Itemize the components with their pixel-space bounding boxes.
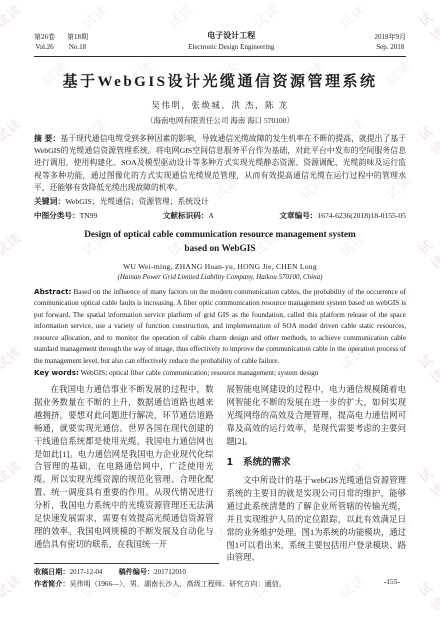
- paper-title-en-line1: Design of optical cable communication re…: [34, 228, 406, 242]
- issue-cn: 第18期: [67, 32, 88, 43]
- keywords-en-label: Key words:: [34, 368, 79, 377]
- journal-date: 2018年9月 Sep. 2018: [375, 32, 407, 53]
- left-paragraph: 在我国电力通信事业不断发展的过程中，数据业务数量在不断的上升，数据通信道路也越来…: [34, 384, 214, 551]
- keywords-en-text: WebGIS; optical fiber cable communicatio…: [81, 369, 319, 377]
- manuscript-label: 稿件编号：: [119, 567, 154, 576]
- document-code: 文献标识码：A: [163, 210, 214, 221]
- body-columns: 在我国电力通信事业不断发展的过程中，数据业务数量在不断的上升，数据通信道路也越来…: [34, 384, 406, 565]
- journal-name-cn: 电子设计工程: [188, 30, 274, 42]
- left-column: 在我国电力通信事业不断发展的过程中，数据业务数量在不断的上升，数据通信道路也越来…: [34, 384, 214, 565]
- journal-name: 电子设计工程 Electronic Design Engineering: [188, 30, 274, 53]
- header-rule: [34, 56, 406, 57]
- abstract-cn-label: 摘 要：: [34, 134, 60, 143]
- journal-header: 第26卷 Vol.26 第18期 No.18 电子设计工程 Electronic…: [34, 30, 406, 53]
- manuscript-number: 201712010: [154, 568, 186, 576]
- footnote-rule: [34, 563, 219, 564]
- article-id: 文章编号：1674-6236(2018)18-0155-05: [279, 210, 406, 221]
- volume-block: 第26卷 Vol.26: [34, 32, 55, 53]
- section-1-heading: 1系统的需求: [227, 456, 407, 471]
- abstract-en: Abstract: Based on the influence of many…: [34, 286, 406, 368]
- authors-en: WU Wei-ming, ZHANG Huan-yu, HONG Jie, CH…: [34, 262, 406, 271]
- received-label: 收稿日期：: [34, 567, 69, 576]
- footnote-dates: 收稿日期：2017-12-04稿件编号：201712010: [34, 566, 294, 578]
- bio-label: 作者简介：: [34, 579, 69, 588]
- abstract-cn-text: 基于现代通信电缆受到多种因素的影响，导致通信光缆故障的发生机率在不断的提高，就提…: [34, 134, 406, 193]
- keywords-en: Key words: WebGIS; optical fiber cable c…: [34, 368, 406, 377]
- authors-cn: 吴伟明，张焕城，洪 杰，陈 龙: [34, 99, 406, 111]
- keywords-cn-text: WebGIS；光缆通信；资源管理；系统设计: [65, 197, 209, 206]
- meta-row: 中图分类号：TN99 文献标识码：A 文章编号：1674-6236(2018)1…: [34, 210, 406, 221]
- date-en: Sep. 2018: [375, 42, 407, 53]
- paper-page: 试读试读试读试读试读试读试读试读试读试读试读试读试读试读试读试读试读试读试读试读…: [0, 0, 440, 620]
- volume-en: Vol.26: [34, 42, 55, 53]
- right-paragraph-2: 文中所设计的基于webGIS光缆通信资源管理系统的主要目的就是实现公司日常的维护…: [227, 475, 407, 565]
- footnote: 收稿日期：2017-12-04稿件编号：201712010 作者简介：吴伟明（1…: [34, 563, 294, 590]
- footnote-bio: 作者简介：吴伟明（1966—），男，湖南长沙人，高级工程师。研究方向：通信。: [34, 578, 294, 590]
- date-cn: 2018年9月: [375, 32, 407, 43]
- page-content: 第26卷 Vol.26 第18期 No.18 电子设计工程 Electronic…: [0, 0, 440, 565]
- issue-block: 第18期 No.18: [67, 32, 88, 53]
- abstract-en-text: Based on the influence of many factors o…: [34, 288, 406, 365]
- page-number: -155-: [384, 577, 400, 586]
- right-column: 展智能电网建设的过程中，电力通信规模随着电网智能化不断的发展在进一步的扩大，如何…: [227, 384, 407, 565]
- paper-title-en-line2: based on WebGIS: [34, 242, 406, 256]
- abstract-cn: 摘 要：基于现代通信电缆受到多种因素的影响，导致通信光缆故障的发生机率在不断的提…: [34, 133, 406, 195]
- paper-title-cn: 基于WebGIS设计光缆通信资源管理系统: [34, 70, 406, 91]
- issue-en: No.18: [67, 42, 88, 53]
- paper-title-en: Design of optical cable communication re…: [34, 228, 406, 257]
- journal-name-en: Electronic Design Engineering: [188, 42, 274, 53]
- bio-text: 吴伟明（1966—），男，湖南长沙人，高级工程师。研究方向：通信。: [69, 580, 285, 588]
- section-1-number: 1: [227, 457, 234, 468]
- journal-volume-issue: 第26卷 Vol.26 第18期 No.18: [34, 32, 88, 53]
- section-1-title: 系统的需求: [243, 457, 291, 468]
- affiliation-en: (Hainan Power Grid Limited Liability Com…: [34, 273, 406, 281]
- keywords-cn-label: 关键词：: [34, 197, 65, 206]
- abstract-en-label: Abstract:: [34, 287, 71, 296]
- clc-number: 中图分类号：TN99: [34, 210, 97, 221]
- right-paragraph-1: 展智能电网建设的过程中，电力通信规模随着电网智能化不断的发展在进一步的扩大，如何…: [227, 384, 407, 448]
- volume-cn: 第26卷: [34, 32, 55, 43]
- affiliation-cn: （海南电网有限责任公司 海南 海口 570100）: [34, 115, 406, 126]
- received-date: 2017-12-04: [69, 568, 102, 576]
- keywords-cn: 关键词：WebGIS；光缆通信；资源管理；系统设计: [34, 196, 406, 207]
